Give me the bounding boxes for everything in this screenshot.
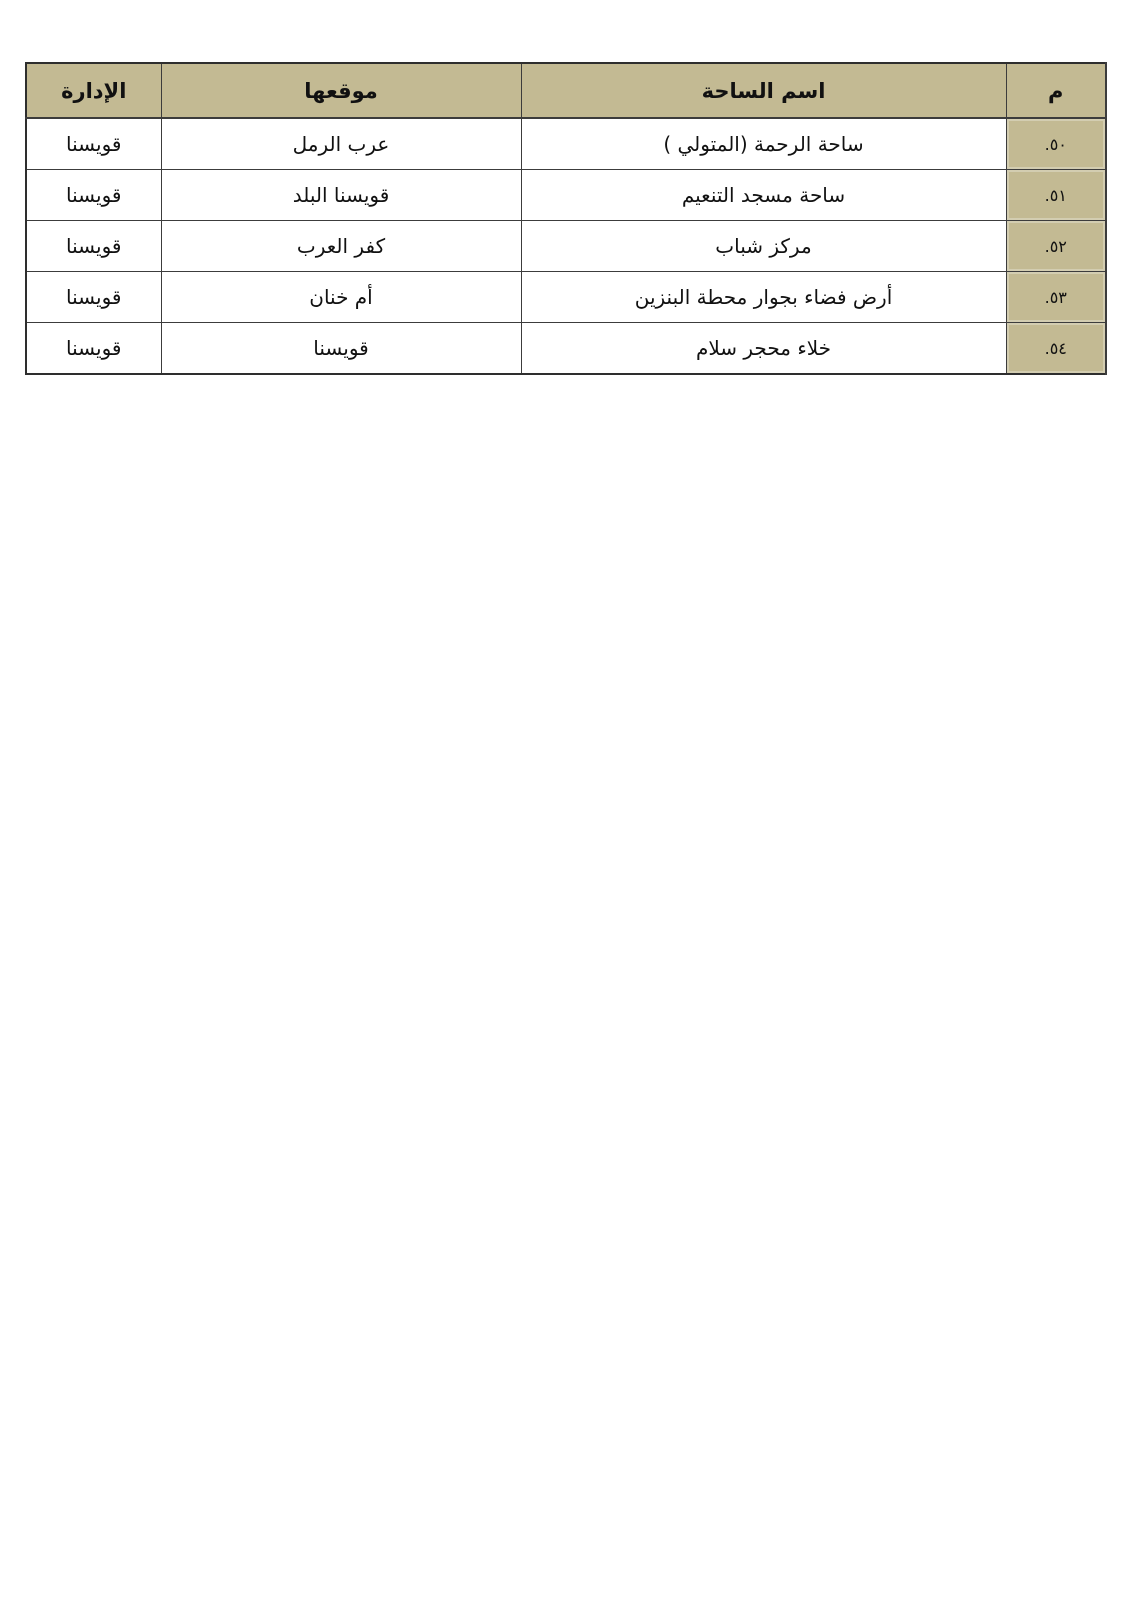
squares-table: م اسم الساحة موقعها الإدارة ٥٠. ساحة الر… xyxy=(25,62,1107,375)
cell-square-name: مركز شباب xyxy=(521,221,1006,272)
cell-square-name: أرض فضاء بجوار محطة البنزين xyxy=(521,272,1006,323)
cell-administration: قويسنا xyxy=(26,118,161,170)
table-body: ٥٠. ساحة الرحمة (المتولي ) عرب الرمل قوي… xyxy=(26,118,1106,374)
cell-square-name: ساحة الرحمة (المتولي ) xyxy=(521,118,1006,170)
table-row: ٥٠. ساحة الرحمة (المتولي ) عرب الرمل قوي… xyxy=(26,118,1106,170)
cell-number: ٥٢. xyxy=(1006,221,1106,272)
table-row: ٥٢. مركز شباب كفر العرب قويسنا xyxy=(26,221,1106,272)
cell-administration: قويسنا xyxy=(26,221,161,272)
cell-administration: قويسنا xyxy=(26,272,161,323)
header-cell-square-name: اسم الساحة xyxy=(521,63,1006,118)
header-cell-administration: الإدارة xyxy=(26,63,161,118)
cell-square-name: ساحة مسجد التنعيم xyxy=(521,170,1006,221)
table-row: ٥١. ساحة مسجد التنعيم قويسنا البلد قويسن… xyxy=(26,170,1106,221)
table-row: ٥٤. خلاء محجر سلام قويسنا قويسنا xyxy=(26,323,1106,375)
table-header: م اسم الساحة موقعها الإدارة xyxy=(26,63,1106,118)
header-cell-number: م xyxy=(1006,63,1106,118)
cell-number: ٥٠. xyxy=(1006,118,1106,170)
cell-number: ٥١. xyxy=(1006,170,1106,221)
cell-location: قويسنا البلد xyxy=(161,170,521,221)
cell-administration: قويسنا xyxy=(26,323,161,375)
table-row: ٥٣. أرض فضاء بجوار محطة البنزين أم خنان … xyxy=(26,272,1106,323)
header-row: م اسم الساحة موقعها الإدارة xyxy=(26,63,1106,118)
cell-administration: قويسنا xyxy=(26,170,161,221)
cell-location: قويسنا xyxy=(161,323,521,375)
cell-location: أم خنان xyxy=(161,272,521,323)
cell-number: ٥٣. xyxy=(1006,272,1106,323)
cell-number: ٥٤. xyxy=(1006,323,1106,375)
cell-location: عرب الرمل xyxy=(161,118,521,170)
cell-square-name: خلاء محجر سلام xyxy=(521,323,1006,375)
header-cell-location: موقعها xyxy=(161,63,521,118)
document-page: م اسم الساحة موقعها الإدارة ٥٠. ساحة الر… xyxy=(0,0,1131,1600)
cell-location: كفر العرب xyxy=(161,221,521,272)
